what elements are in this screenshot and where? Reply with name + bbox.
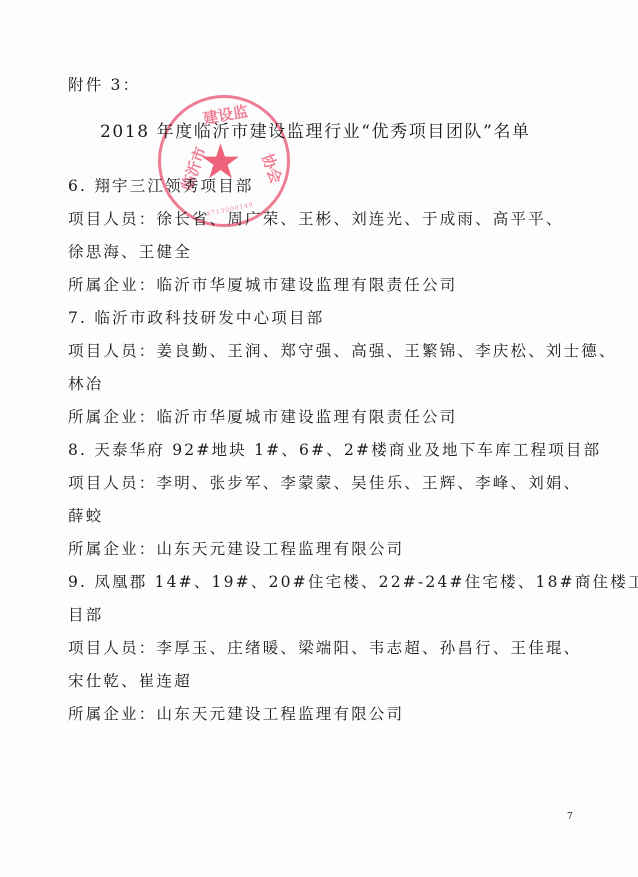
entry-6-members: 项目人员：徐长省、周广荣、王彬、刘连光、于成雨、高平平、 (68, 209, 564, 229)
entry-8-members-cont: 薛蛟 (68, 506, 103, 526)
seal-text-right: 协会 (257, 151, 287, 186)
entry-6-company: 所属企业：临沂市华厦城市建设监理有限责任公司 (68, 275, 457, 295)
document-page: 临沂市 建设监 协会 ★ 3713000140 附件 3： 2018 年度临沂市… (0, 0, 638, 877)
entry-7-company: 所属企业：临沂市华厦城市建设监理有限责任公司 (68, 407, 457, 427)
entry-9-heading: 9. 凤凰郡 14#、19#、20#住宅楼、22#-24#住宅楼、18#商住楼工… (68, 572, 638, 592)
page-number: 7 (567, 812, 573, 822)
entry-6-heading: 6. 翔宇三江领秀项目部 (68, 176, 254, 196)
entry-6-members-cont: 徐思海、王健全 (68, 242, 192, 262)
entry-9-members: 项目人员：李厚玉、庄绪暖、梁端阳、韦志超、孙昌行、王佳琨、 (68, 638, 581, 658)
attachment-label: 附件 3： (68, 75, 140, 95)
entry-8-company: 所属企业：山东天元建设工程监理有限公司 (68, 539, 404, 559)
document-title: 2018 年度临沂市建设监理行业“优秀项目团队”名单 (100, 117, 531, 142)
entry-8-heading: 8. 天泰华府 92#地块 1#、6#、2#楼商业及地下车库工程项目部 (68, 440, 601, 460)
entry-9-heading-cont: 目部 (68, 605, 103, 625)
entry-7-heading: 7. 临沂市政科技研发中心项目部 (68, 308, 324, 328)
entry-9-members-cont: 宋仕乾、崔连超 (68, 671, 192, 691)
entry-7-members: 项目人员：姜良勤、王润、郑守强、高强、王繁锦、李庆松、刘士德、 (68, 341, 617, 361)
entry-9-company: 所属企业：山东天元建设工程监理有限公司 (68, 704, 404, 724)
official-seal: 临沂市 建设监 协会 ★ 3713000140 (158, 95, 290, 227)
entry-7-members-cont: 林冶 (68, 374, 103, 394)
entry-8-members: 项目人员：李明、张步军、李蒙蒙、吴佳乐、王辉、李峰、刘娟、 (68, 473, 581, 493)
